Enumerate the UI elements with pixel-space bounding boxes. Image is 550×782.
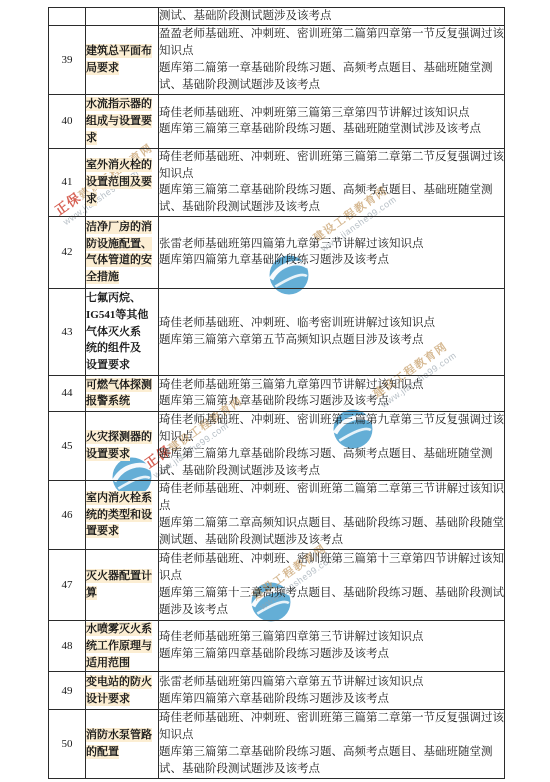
row-number-cell: 39 <box>49 25 86 94</box>
desc-cell: 琦佳老师基础班、冲刺班、密训班第三篇第九章第三节反复强调过该知识点 题库第三篇第… <box>159 411 505 480</box>
row-number: 43 <box>62 326 73 338</box>
table-row: 44 可燃气体探测 报警系统 琦佳老师基础班第三篇第九章第四节讲解过该知识点 题… <box>49 375 505 411</box>
row-number: 44 <box>62 387 73 399</box>
study-points-table: 测试、基础阶段测试题涉及该考点 39 建筑总平面布 局要求 盈盈老师基础班、冲刺… <box>48 7 505 779</box>
row-number: 39 <box>62 54 73 66</box>
desc-text: 张雷老师基础班第四篇第九章第三节讲解过该知识点 题库第四篇第九章基础阶段练习题涉… <box>159 238 424 267</box>
desc-cell: 琦佳老师基础班、冲刺班、密训班第三篇第二章第一节反复强调过该知识点 题库第三篇第… <box>159 710 505 778</box>
topic-cell: 可燃气体探测 报警系统 <box>86 375 159 411</box>
topic-text: 建筑总平面布 局要求 <box>86 44 152 75</box>
desc-text: 张雷老师基础班第四篇第六章第五节讲解过该知识点 题库第四篇第六章基础阶段练习题涉… <box>159 676 424 705</box>
row-number: 49 <box>62 685 73 697</box>
desc-text: 琦佳老师基础班、冲刺班、临考密训班讲解过该知识点 题库第三篇第六章第五节高频知识… <box>159 317 435 346</box>
row-number: 41 <box>62 176 73 188</box>
topic-text: 水流指示器的 组成与设置要 求 <box>86 97 152 145</box>
topic-text: 可燃气体探测 报警系统 <box>86 378 152 409</box>
row-number-cell: 49 <box>49 672 86 710</box>
table-row: 41 室外消火栓的 设置范围及要 求 琦佳老师基础班、冲刺班、密训班第三篇第二章… <box>49 148 505 216</box>
row-number: 47 <box>62 579 73 591</box>
topic-text: 洁净厂房的消 防设施配置、 气体管道的安 全措施 <box>86 220 152 284</box>
desc-text: 琦佳老师基础班、冲刺班、密训班第三篇第九章第三节反复强调过该知识点 题库第三篇第… <box>159 414 504 476</box>
desc-text: 琦佳老师基础班、冲刺班、密训班第二篇第二章第三节讲解过该知识点 题库第二篇第二章… <box>159 483 504 545</box>
topic-cell: 洁净厂房的消 防设施配置、 气体管道的安 全措施 <box>86 216 159 288</box>
topic-cell: 水流指示器的 组成与设置要 求 <box>86 94 159 148</box>
table-row: 46 室内消火栓系 统的类型和设 置要求 琦佳老师基础班、冲刺班、密训班第二篇第… <box>49 480 505 549</box>
desc-text: 琦佳老师基础班第三篇第四章第三节讲解过该知识点 题库第三篇第四章基础阶段练习题涉… <box>159 631 424 660</box>
topic-text: 变电站的防火 设计要求 <box>86 675 152 706</box>
row-number-cell: 46 <box>49 480 86 549</box>
table-row: 50 消防水泵管路 的配置 琦佳老师基础班、冲刺班、密训班第三篇第二章第一节反复… <box>49 710 505 778</box>
desc-cell: 琦佳老师基础班、冲刺班第三篇第三章第四节讲解过该知识点 题库第三篇第三章基础阶段… <box>159 94 505 148</box>
row-number: 45 <box>62 440 73 452</box>
desc-cell: 测试、基础阶段测试题涉及该考点 <box>159 8 505 26</box>
desc-text: 盈盈老师基础班、冲刺班、密训班第二篇第四章第一节反复强调过该知识点 题库第二篇第… <box>159 28 504 90</box>
row-number-cell: 41 <box>49 148 86 216</box>
table-row: 47 灭火器配置计 算 琦佳老师基础班、冲刺班、密训班第三篇第十三章第四节讲解过… <box>49 549 505 620</box>
row-number-cell: 44 <box>49 375 86 411</box>
desc-cell: 琦佳老师基础班第三篇第四章第三节讲解过该知识点 题库第三篇第四章基础阶段练习题涉… <box>159 620 505 671</box>
table-row: 48 水喷雾灭火系 统工作原理与 适用范围 琦佳老师基础班第三篇第四章第三节讲解… <box>49 620 505 671</box>
table-row: 40 水流指示器的 组成与设置要 求 琦佳老师基础班、冲刺班第三篇第三章第四节讲… <box>49 94 505 148</box>
desc-text: 琦佳老师基础班、冲刺班第三篇第三章第四节讲解过该知识点 题库第三篇第三章基础阶段… <box>159 107 481 136</box>
topic-text: 消防水泵管路 的配置 <box>86 728 152 759</box>
desc-cell: 琦佳老师基础班、冲刺班、密训班第二篇第二章第三节讲解过该知识点 题库第二篇第二章… <box>159 480 505 549</box>
row-number-cell: 42 <box>49 216 86 288</box>
desc-text: 测试、基础阶段测试题涉及该考点 <box>159 10 332 22</box>
topic-text: 室内消火栓系 统的类型和设 置要求 <box>86 491 152 539</box>
document-page: 正保建设工程教育网 www.jianshe99.com 建设工程教育网 www.… <box>0 0 550 782</box>
row-number-cell: 43 <box>49 288 86 375</box>
desc-text: 琦佳老师基础班、冲刺班、密训班第三篇第二章第二节反复强调过该知识点 题库第三篇第… <box>159 151 504 213</box>
topic-text: 室外消火栓的 设置范围及要 求 <box>86 158 152 206</box>
table-row: 39 建筑总平面布 局要求 盈盈老师基础班、冲刺班、密训班第二篇第四章第一节反复… <box>49 25 505 94</box>
topic-cell: 灭火器配置计 算 <box>86 549 159 620</box>
row-number: 48 <box>62 640 73 652</box>
desc-text: 琦佳老师基础班、冲刺班、密训班第三篇第二章第一节反复强调过该知识点 题库第三篇第… <box>159 712 504 774</box>
table-row: 43 七氟丙烷、 IG541等其他 气体灭火系 统的组件及 设置要求 琦佳老师基… <box>49 288 505 375</box>
desc-text: 琦佳老师基础班第三篇第九章第四节讲解过该知识点 题库第三篇第九章基础阶段练习题涉… <box>159 379 424 408</box>
topic-text: 火灾探测器的 设置要求 <box>86 430 152 461</box>
row-number-cell: 50 <box>49 710 86 778</box>
row-number-cell: 47 <box>49 549 86 620</box>
topic-cell: 火灾探测器的 设置要求 <box>86 411 159 480</box>
desc-cell: 琦佳老师基础班、冲刺班、密训班第三篇第十三章第四节讲解过该知识点 题库第三篇第十… <box>159 549 505 620</box>
desc-cell: 盈盈老师基础班、冲刺班、密训班第二篇第四章第一节反复强调过该知识点 题库第二篇第… <box>159 25 505 94</box>
row-number-cell: 48 <box>49 620 86 671</box>
table-row: 测试、基础阶段测试题涉及该考点 <box>49 8 505 26</box>
row-number: 42 <box>62 246 73 258</box>
table-row: 49 变电站的防火 设计要求 张雷老师基础班第四篇第六章第五节讲解过该知识点 题… <box>49 672 505 710</box>
desc-cell: 琦佳老师基础班、冲刺班、密训班第三篇第二章第二节反复强调过该知识点 题库第三篇第… <box>159 148 505 216</box>
topic-cell: 室外消火栓的 设置范围及要 求 <box>86 148 159 216</box>
topic-cell: 建筑总平面布 局要求 <box>86 25 159 94</box>
topic-text: 灭火器配置计 算 <box>86 569 152 600</box>
topic-cell: 水喷雾灭火系 统工作原理与 适用范围 <box>86 620 159 671</box>
topic-cell: 消防水泵管路 的配置 <box>86 710 159 778</box>
topic-cell: 室内消火栓系 统的类型和设 置要求 <box>86 480 159 549</box>
desc-cell: 琦佳老师基础班第三篇第九章第四节讲解过该知识点 题库第三篇第九章基础阶段练习题涉… <box>159 375 505 411</box>
study-points-table-body: 测试、基础阶段测试题涉及该考点 39 建筑总平面布 局要求 盈盈老师基础班、冲刺… <box>49 8 505 779</box>
row-number: 46 <box>62 509 73 521</box>
row-number-cell: 40 <box>49 94 86 148</box>
topic-text: 七氟丙烷、 IG541等其他 气体灭火系 统的组件及 设置要求 <box>86 292 148 371</box>
table-row: 45 火灾探测器的 设置要求 琦佳老师基础班、冲刺班、密训班第三篇第九章第三节反… <box>49 411 505 480</box>
row-number: 50 <box>62 738 73 750</box>
topic-cell: 七氟丙烷、 IG541等其他 气体灭火系 统的组件及 设置要求 <box>86 288 159 375</box>
topic-cell: 变电站的防火 设计要求 <box>86 672 159 710</box>
desc-text: 琦佳老师基础班、冲刺班、密训班第三篇第十三章第四节讲解过该知识点 题库第三篇第十… <box>159 553 504 615</box>
desc-cell: 张雷老师基础班第四篇第六章第五节讲解过该知识点 题库第四篇第六章基础阶段练习题涉… <box>159 672 505 710</box>
topic-text: 水喷雾灭火系 统工作原理与 适用范围 <box>86 622 152 670</box>
row-number-cell: 45 <box>49 411 86 480</box>
row-number: 40 <box>62 115 73 127</box>
desc-cell: 张雷老师基础班第四篇第九章第三节讲解过该知识点 题库第四篇第九章基础阶段练习题涉… <box>159 216 505 288</box>
desc-cell: 琦佳老师基础班、冲刺班、临考密训班讲解过该知识点 题库第三篇第六章第五节高频知识… <box>159 288 505 375</box>
table-row: 42 洁净厂房的消 防设施配置、 气体管道的安 全措施 张雷老师基础班第四篇第九… <box>49 216 505 288</box>
row-number-cell <box>49 8 86 26</box>
topic-cell <box>86 8 159 26</box>
